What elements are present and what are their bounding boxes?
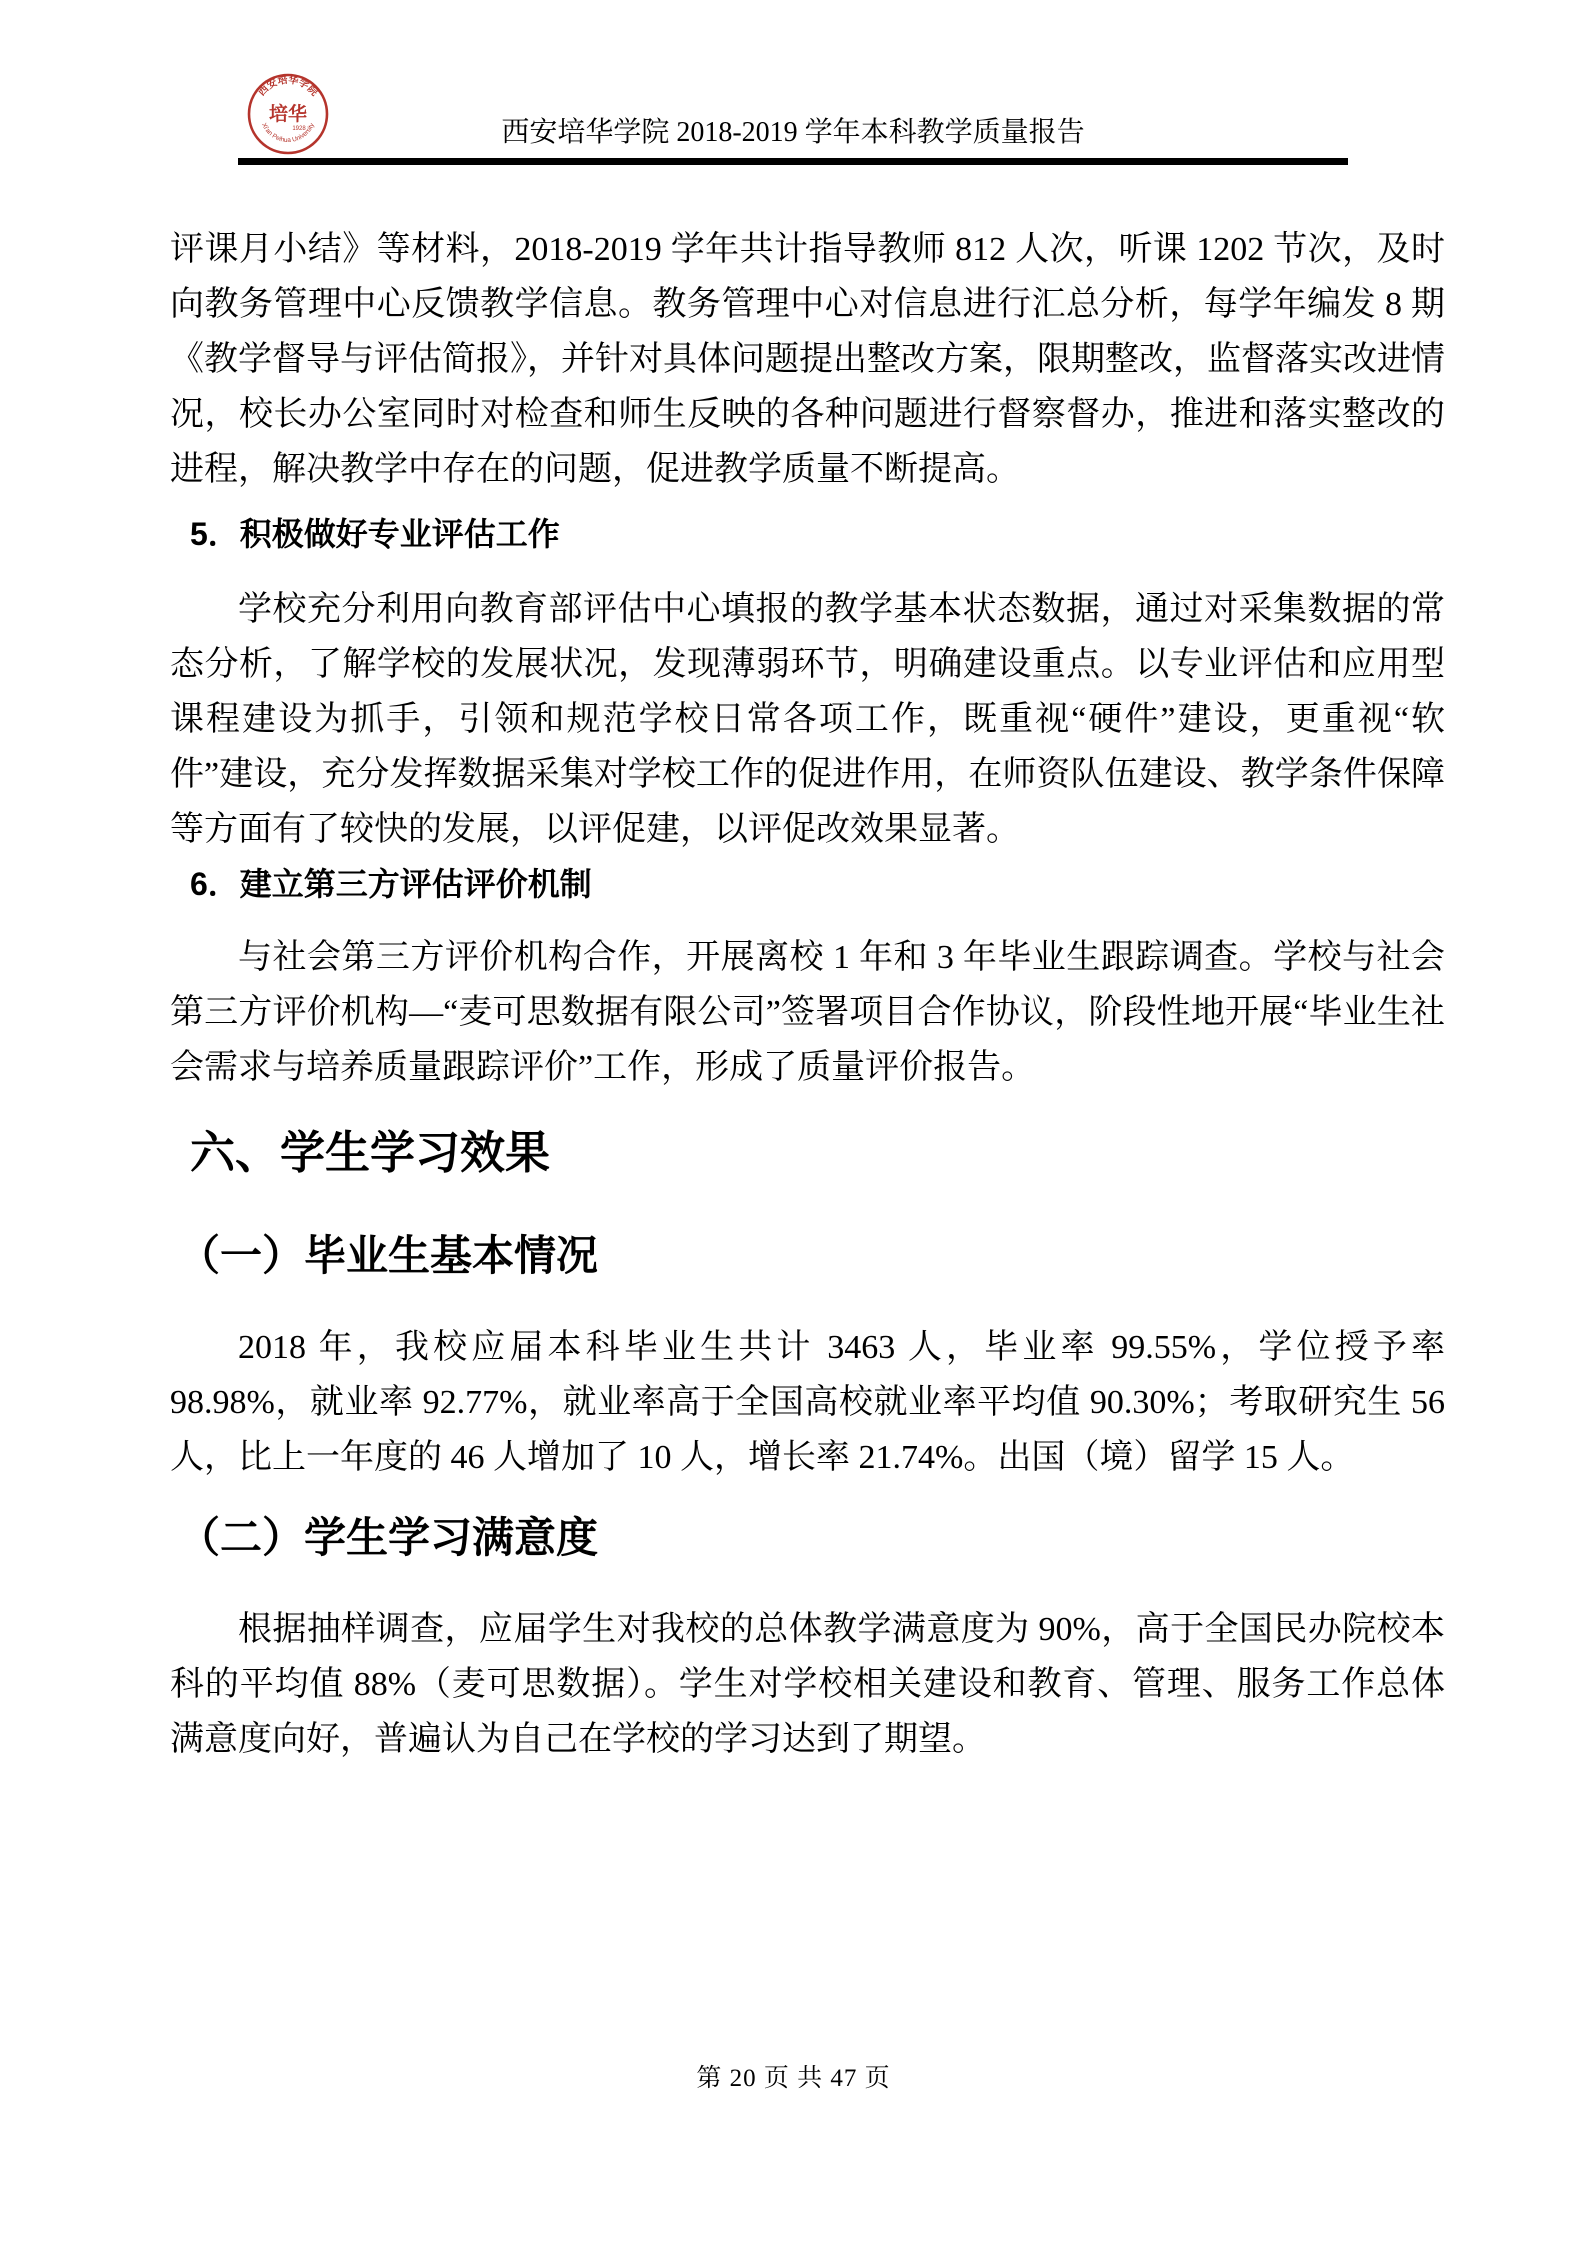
paragraph-graduate-statistics: 2018 年，我校应届本科毕业生共计 3463 人，毕业率 99.55%，学位授… [170, 1320, 1445, 1485]
heading-section-six-learning-outcomes: 六、学生学习效果 [190, 1125, 1445, 1180]
paragraph-satisfaction-survey: 根据抽样调查，应届学生对我校的总体教学满意度为 90%，高于全国民办院校本科的平… [170, 1602, 1445, 1767]
paragraph-supervision: 评课月小结》等材料，2018-2019 学年共计指导教师 812 人次，听课 1… [170, 222, 1445, 497]
paragraph-third-party: 与社会第三方评价机构合作，开展离校 1 年和 3 年毕业生跟踪调查。学校与社会第… [170, 930, 1445, 1095]
logo-top-arc-text: 西安培华学院 [255, 73, 321, 99]
header-report-title: 西安培华学院 2018-2019 学年本科教学质量报告 [238, 112, 1348, 154]
heading-6-third-party-mechanism: 6．建立第三方评估评价机制 [190, 857, 1445, 912]
header-rule [238, 158, 1348, 165]
paragraph-evaluation-data: 学校充分利用向教育部评估中心填报的教学基本状态数据，通过对采集数据的常态分析，了… [170, 582, 1445, 857]
heading-5-professional-evaluation: 5．积极做好专业评估工作 [190, 507, 1445, 562]
heading-sub-student-satisfaction: （二）学生学习满意度 [178, 1510, 1445, 1565]
document-body: 评课月小结》等材料，2018-2019 学年共计指导教师 812 人次，听课 1… [170, 222, 1445, 1767]
heading-sub-graduate-basic-info: （一）毕业生基本情况 [178, 1228, 1445, 1283]
page-number-footer: 第 20 页 共 47 页 [0, 2058, 1587, 2094]
document-page: 西安培华学院 Xi'an Peihua University 培华 1928 西… [0, 0, 1587, 2245]
